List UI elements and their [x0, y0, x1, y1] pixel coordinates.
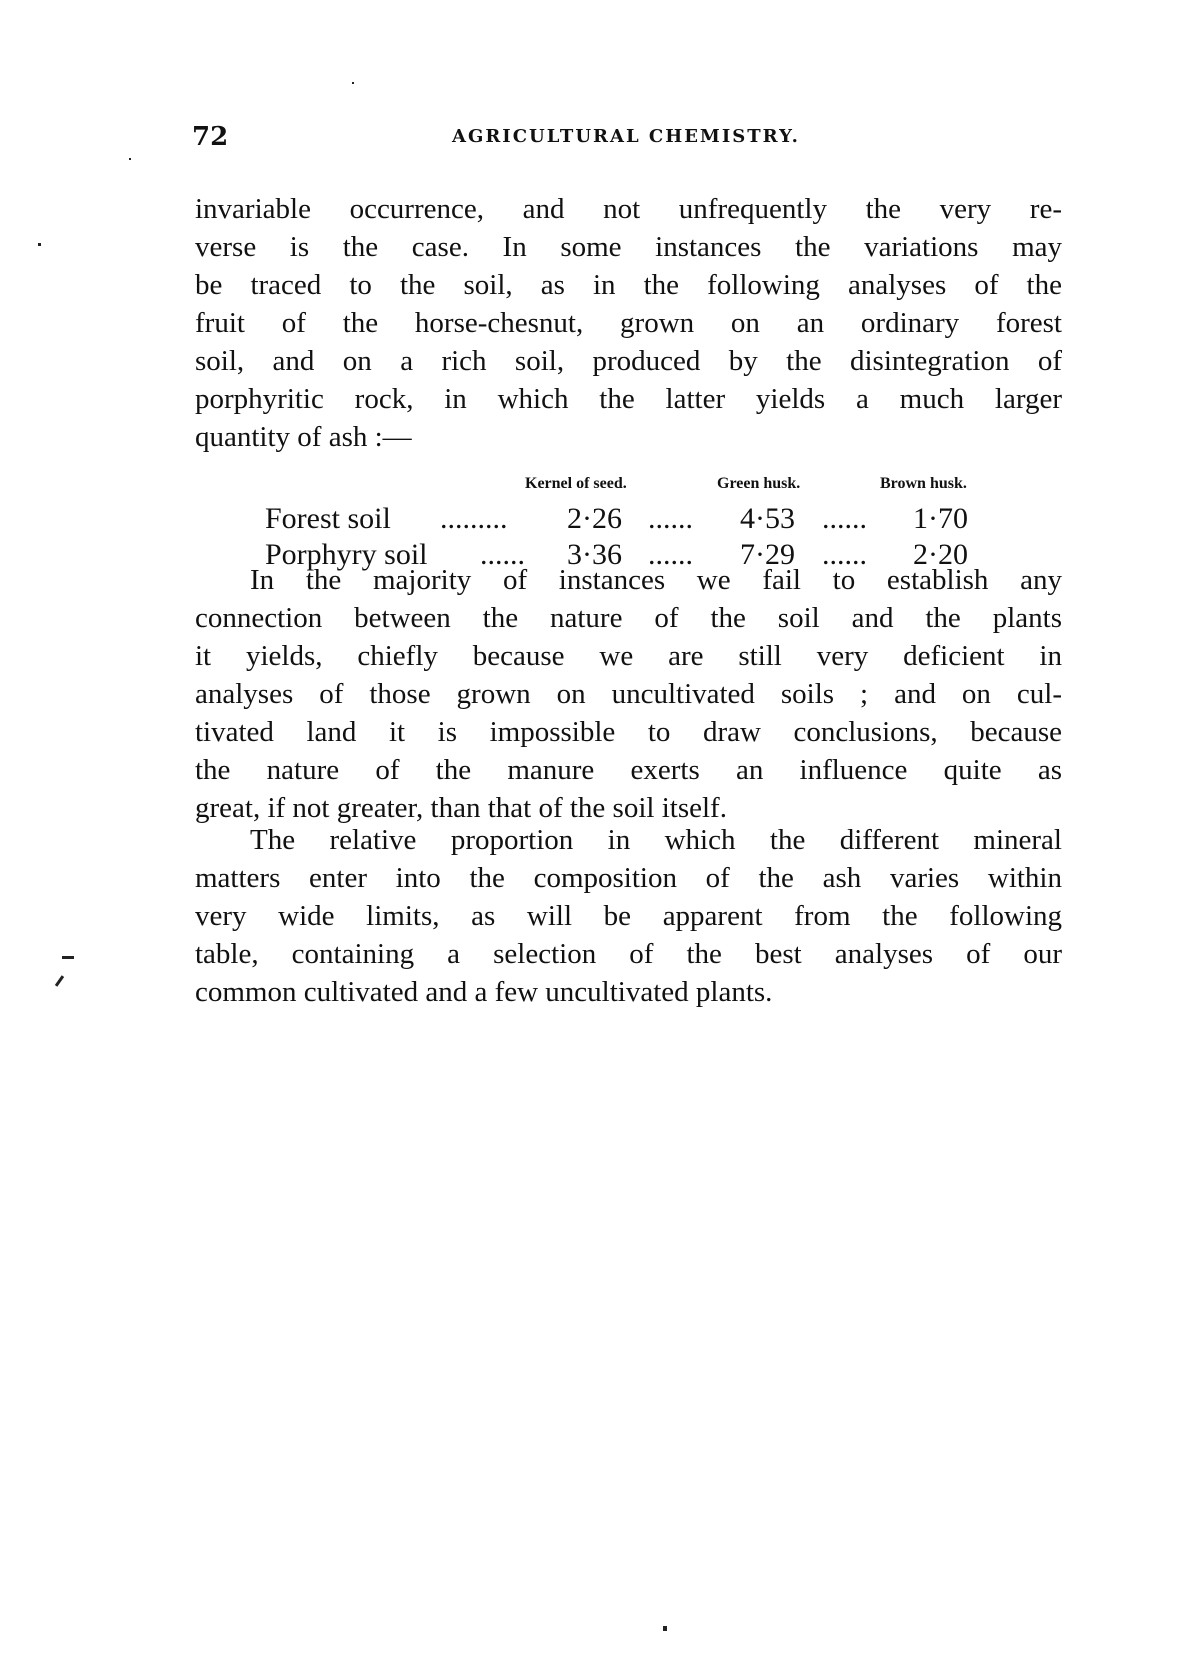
scan-speck — [663, 1626, 667, 1631]
text-line: tivated land it is impossible to draw co… — [195, 714, 1062, 752]
text-line: connection between the nature of the soi… — [195, 600, 1062, 638]
paragraph-1: invariable occurrence, and not unfrequen… — [195, 190, 1062, 456]
scan-speck — [352, 82, 354, 84]
column-header-brown-husk: Brown husk. — [880, 475, 967, 493]
text-line: very wide limits, as will be apparent fr… — [195, 898, 1062, 936]
scan-speck — [55, 975, 64, 987]
scan-speck — [129, 158, 131, 160]
text-line: quantity of ash :— — [195, 418, 1062, 456]
cell-green-husk: 4·53 — [740, 501, 795, 537]
running-title: AGRICULTURAL CHEMISTRY. — [452, 126, 800, 147]
text-line: In the majority of instances we fail to … — [195, 562, 1062, 600]
book-page: 72 AGRICULTURAL CHEMISTRY. invariable oc… — [0, 0, 1200, 1672]
running-head: 72 AGRICULTURAL CHEMISTRY. — [192, 122, 1062, 152]
leader-dots: ......... — [440, 501, 508, 537]
page-number: 72 — [192, 122, 228, 152]
text-line: soil, and on a rich soil, produced by th… — [195, 342, 1062, 380]
scan-speck — [62, 956, 74, 959]
text-line: porphyritic rock, in which the latter yi… — [195, 380, 1062, 418]
text-line: be traced to the soil, as in the followi… — [195, 266, 1062, 304]
paragraph-3: The relative proportion in which the dif… — [195, 822, 1062, 1012]
scan-speck — [38, 243, 41, 246]
cell-brown-husk: 1·70 — [913, 501, 968, 537]
text-line: fruit of the horse-chesnut, grown on an … — [195, 304, 1062, 342]
text-line: it yields, chiefly because we are still … — [195, 638, 1062, 676]
text-line: the nature of the manure exerts an influ… — [195, 752, 1062, 790]
row-label: Forest soil — [265, 501, 391, 537]
text-line: verse is the case. In some instances the… — [195, 228, 1062, 266]
text-line: matters enter into the composition of th… — [195, 860, 1062, 898]
column-header-kernel: Kernel of seed. — [525, 475, 627, 493]
leader-dots: ...... — [648, 501, 693, 537]
table-row: Forest soil ......... 2·26 ...... 4·53 .… — [275, 501, 1075, 537]
text-line: The relative proportion in which the dif… — [195, 822, 1062, 860]
table-column-headers: Kernel of seed. Green husk. Brown husk. — [275, 475, 1075, 501]
ash-analysis-table: Kernel of seed. Green husk. Brown husk. … — [275, 475, 1075, 573]
text-line: common cultivated and a few uncultivated… — [195, 974, 1062, 1012]
column-header-green-husk: Green husk. — [717, 475, 800, 493]
text-line: table, containing a selection of the bes… — [195, 936, 1062, 974]
text-line: invariable occurrence, and not unfrequen… — [195, 190, 1062, 228]
cell-kernel: 2·26 — [567, 501, 622, 537]
text-line: analyses of those grown on uncultivated … — [195, 676, 1062, 714]
leader-dots: ...... — [822, 501, 867, 537]
paragraph-2: In the majority of instances we fail to … — [195, 562, 1062, 828]
